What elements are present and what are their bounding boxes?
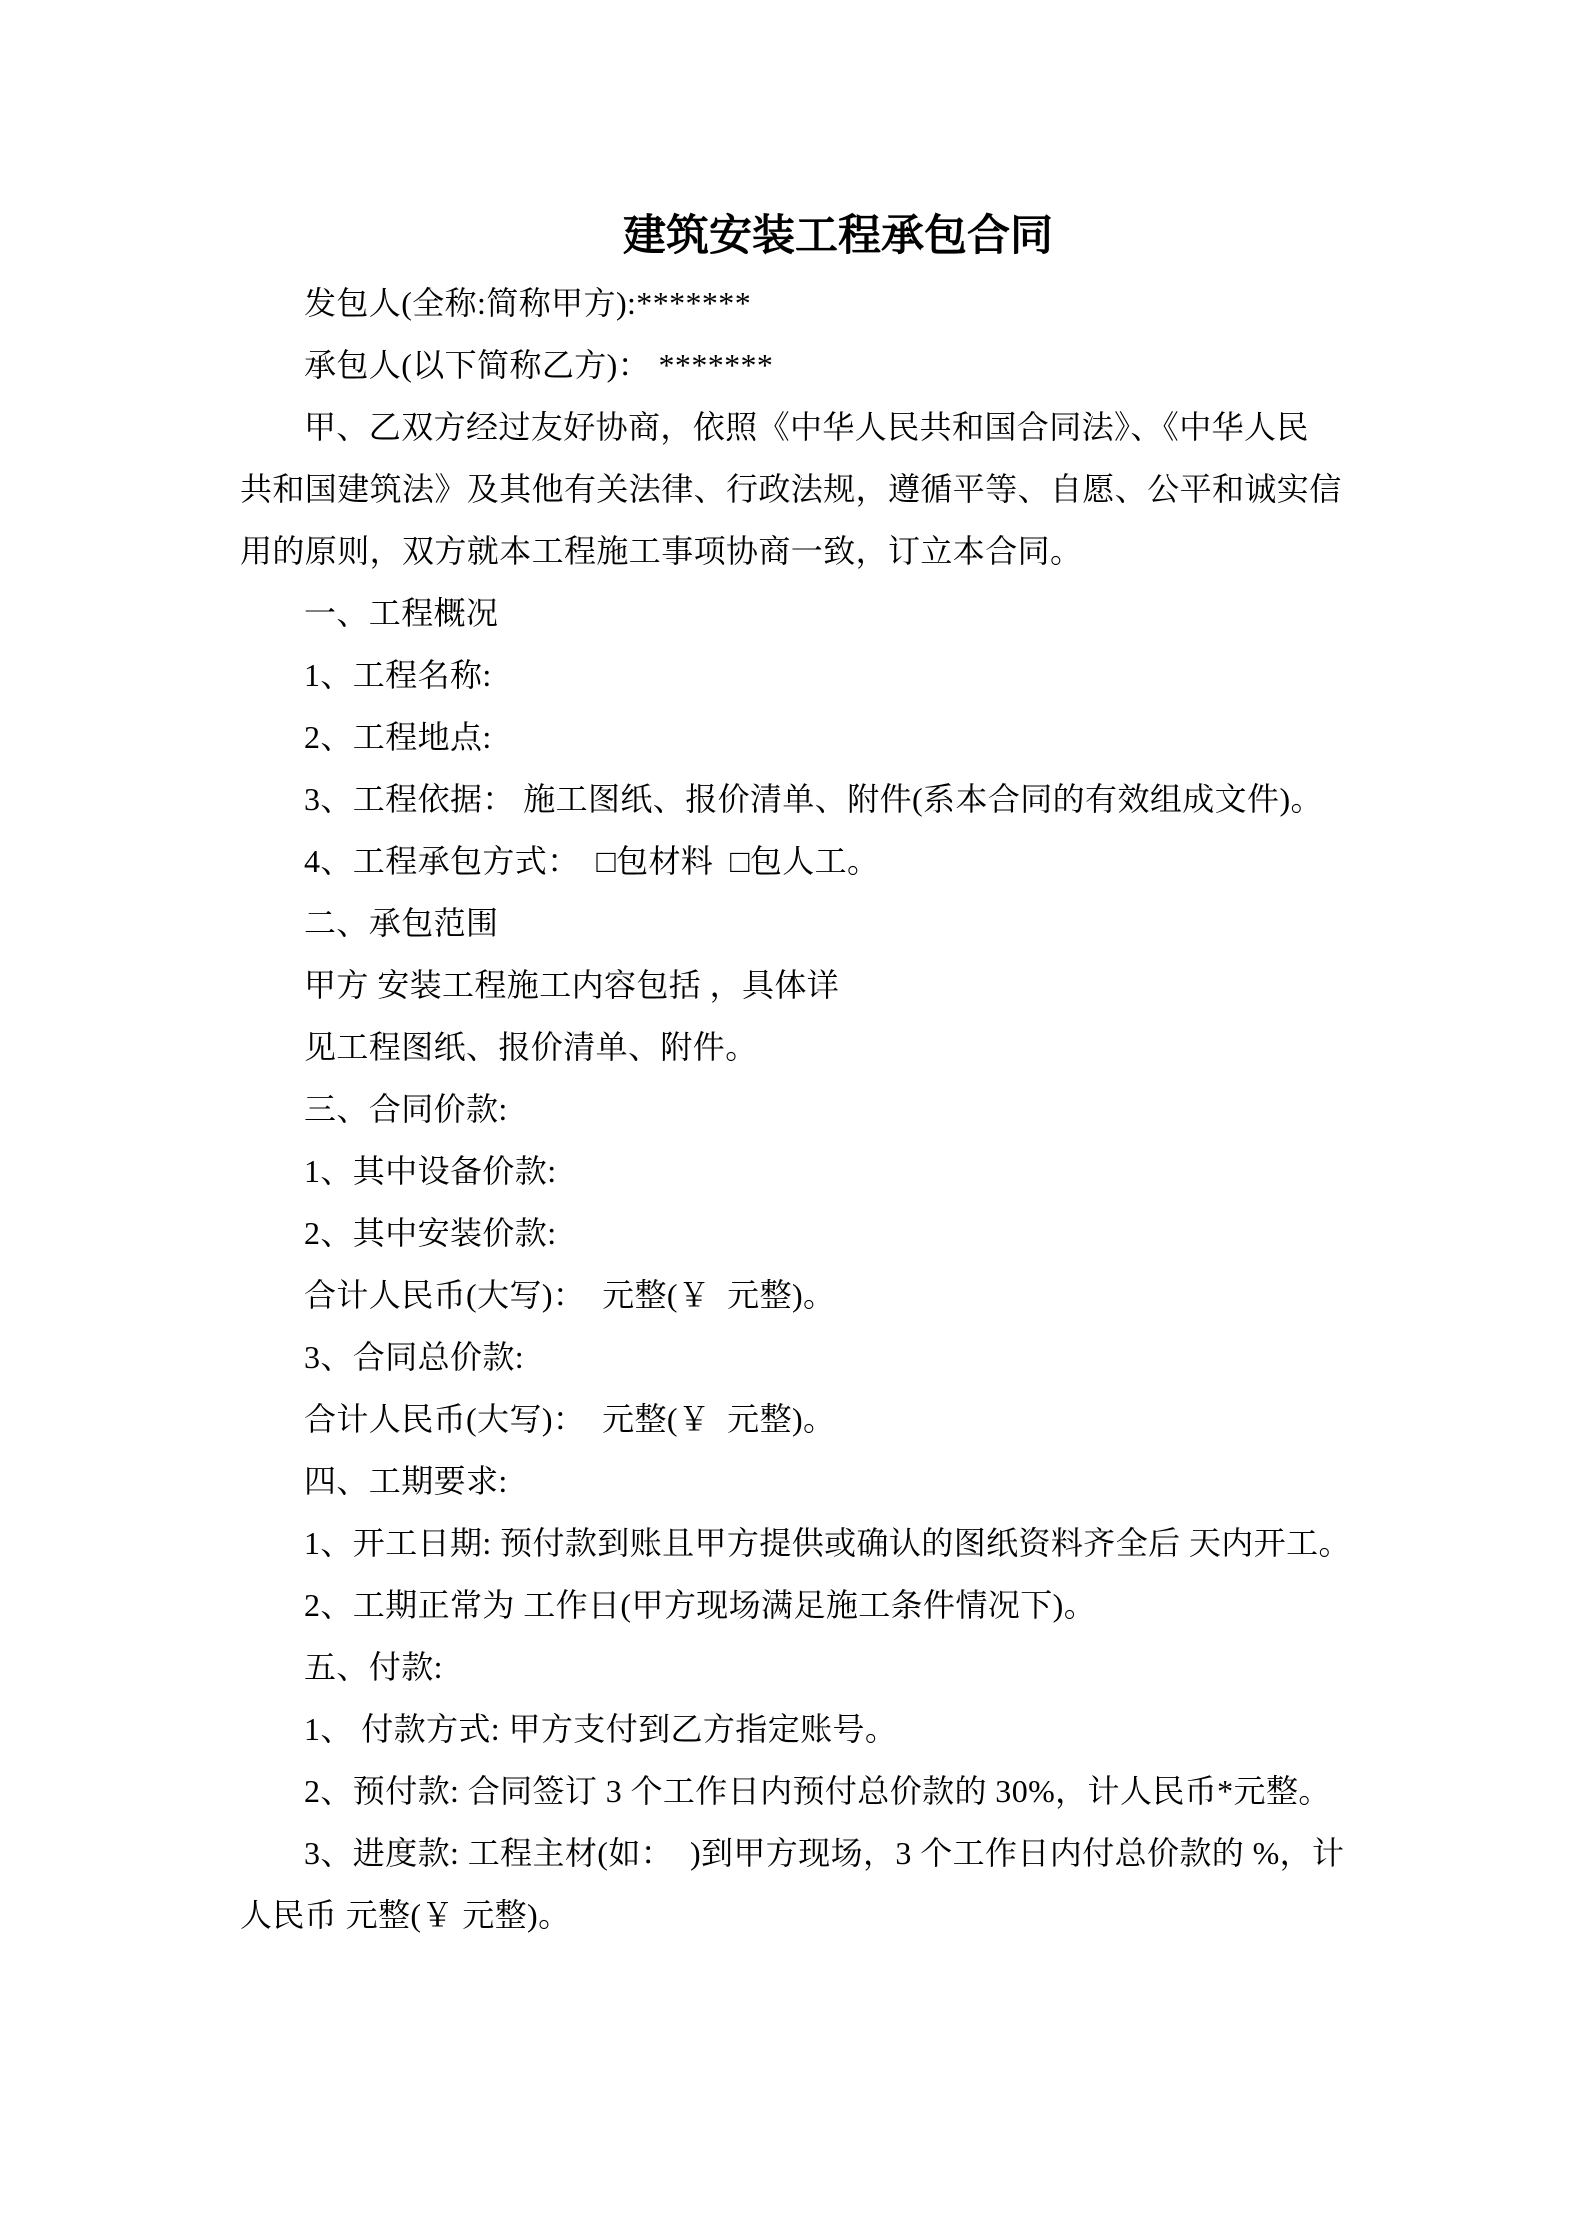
contract-line-progress-pay-1: 3、进度款: 工程主材(如： )到甲方现场，3 个工作日内付总价款的 %，计 xyxy=(240,1822,1336,1884)
contract-document-page: 建筑安装工程承包合同 发包人(全称:简称甲方):******* 承包人(以下简称… xyxy=(0,0,1580,2236)
contract-line-contractor: 承包人(以下简称乙方)： ******* xyxy=(240,334,1336,396)
contract-line-project-basis: 3、工程依据： 施工图纸、报价清单、附件(系本合同的有效组成文件)。 xyxy=(240,768,1336,830)
contract-line-contract-mode: 4、工程承包方式： □包材料 □包人工。 xyxy=(240,830,1336,892)
contract-line-install-price: 2、其中安装价款: xyxy=(240,1202,1336,1264)
contract-line-equipment-price: 1、其中设备价款: xyxy=(240,1140,1336,1202)
contract-line-start-date: 1、开工日期: 预付款到账且甲方提供或确认的图纸资料齐全后 天内开工。 xyxy=(240,1512,1336,1574)
contract-line-duration: 2、工期正常为 工作日(甲方现场满足施工条件情况下)。 xyxy=(240,1574,1336,1636)
contract-line-total-rmb-2: 合计人民币(大写)： 元整(￥ 元整)。 xyxy=(240,1388,1336,1450)
contract-line-preamble-3: 用的原则，双方就本工程施工事项协商一致，订立本合同。 xyxy=(240,520,1336,582)
contract-line-payment-method: 1、 付款方式: 甲方支付到乙方指定账号。 xyxy=(240,1698,1336,1760)
contract-line-scope-1: 甲方 安装工程施工内容包括 ，具体详 xyxy=(240,954,1336,1016)
contract-line-project-site: 2、工程地点: xyxy=(240,706,1336,768)
contract-line-preamble-2: 共和国建筑法》及其他有关法律、行政法规，遵循平等、自愿、公平和诚实信 xyxy=(240,458,1336,520)
contract-line-employer: 发包人(全称:简称甲方):******* xyxy=(240,272,1336,334)
document-title: 建筑安装工程承包合同 xyxy=(240,202,1336,263)
document-body: 发包人(全称:简称甲方):******* 承包人(以下简称乙方)： ******… xyxy=(240,272,1336,1946)
contract-line-total-rmb-1: 合计人民币(大写)： 元整(￥ 元整)。 xyxy=(240,1264,1336,1326)
contract-line-prepayment: 2、预付款: 合同签订 3 个工作日内预付总价款的 30%，计人民币*元整。 xyxy=(240,1760,1336,1822)
contract-line-progress-pay-2: 人民币 元整(￥ 元整)。 xyxy=(240,1884,1336,1946)
contract-line-contract-total: 3、合同总价款: xyxy=(240,1326,1336,1388)
contract-section-1-heading: 一、工程概况 xyxy=(240,582,1336,644)
contract-line-project-name: 1、工程名称: xyxy=(240,644,1336,706)
contract-section-4-heading: 四、工期要求: xyxy=(240,1450,1336,1512)
contract-section-2-heading: 二、承包范围 xyxy=(240,892,1336,954)
contract-section-3-heading: 三、合同价款: xyxy=(240,1078,1336,1140)
contract-line-preamble-1: 甲、乙双方经过友好协商，依照《中华人民共和国合同法》、《中华人民 xyxy=(240,396,1336,458)
contract-line-scope-2: 见工程图纸、报价清单、附件。 xyxy=(240,1016,1336,1078)
contract-section-5-heading: 五、付款: xyxy=(240,1636,1336,1698)
